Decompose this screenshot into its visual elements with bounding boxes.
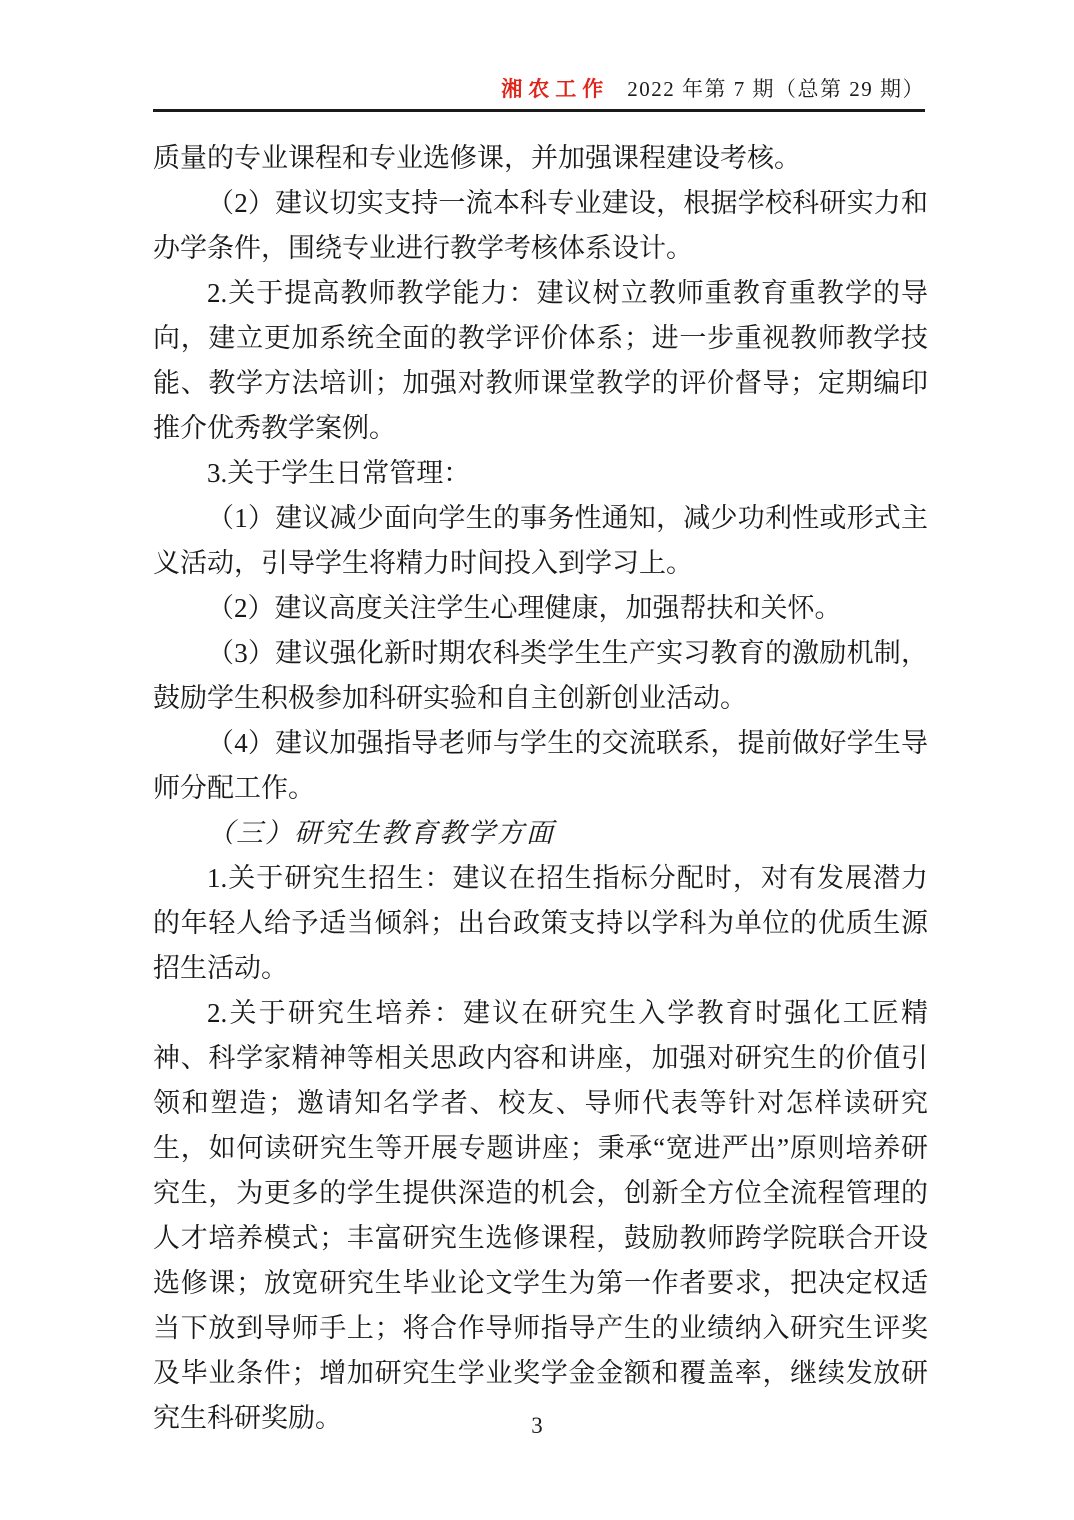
page-header: 湘农工作2022 年第 7 期（总第 29 期） (153, 76, 925, 112)
journal-title: 湘农工作 (501, 77, 609, 101)
issue-info: 2022 年第 7 期（总第 29 期） (627, 77, 925, 101)
page-number: 3 (0, 1413, 1074, 1439)
section-heading: （三）研究生教育教学方面 (153, 811, 928, 856)
document-body: 质量的专业课程和专业选修课，并加强课程建设考核。 （2）建议切实支持一流本科专业… (153, 136, 928, 1441)
paragraph: 2.关于研究生培养：建议在研究生入学教育时强化工匠精神、科学家精神等相关思政内容… (153, 991, 928, 1441)
paragraph: （2）建议高度关注学生心理健康，加强帮扶和关怀。 (153, 586, 928, 631)
paragraph: （2）建议切实支持一流本科专业建设，根据学校科研实力和办学条件，围绕专业进行教学… (153, 181, 928, 271)
paragraph: （3）建议强化新时期农科类学生生产实习教育的激励机制，鼓励学生积极参加科研实验和… (153, 631, 928, 721)
document-page: 湘农工作2022 年第 7 期（总第 29 期） 质量的专业课程和专业选修课，并… (0, 0, 1074, 1520)
paragraph: （1）建议减少面向学生的事务性通知，减少功利性或形式主义活动，引导学生将精力时间… (153, 496, 928, 586)
paragraph: 2.关于提高教师教学能力：建议树立教师重教育重教学的导向，建立更加系统全面的教学… (153, 271, 928, 451)
paragraph: 1.关于研究生招生：建议在招生指标分配时，对有发展潜力的年轻人给予适当倾斜；出台… (153, 856, 928, 991)
paragraph: （4）建议加强指导老师与学生的交流联系，提前做好学生导师分配工作。 (153, 721, 928, 811)
paragraph-continuation: 质量的专业课程和专业选修课，并加强课程建设考核。 (153, 136, 928, 181)
paragraph: 3.关于学生日常管理： (153, 451, 928, 496)
